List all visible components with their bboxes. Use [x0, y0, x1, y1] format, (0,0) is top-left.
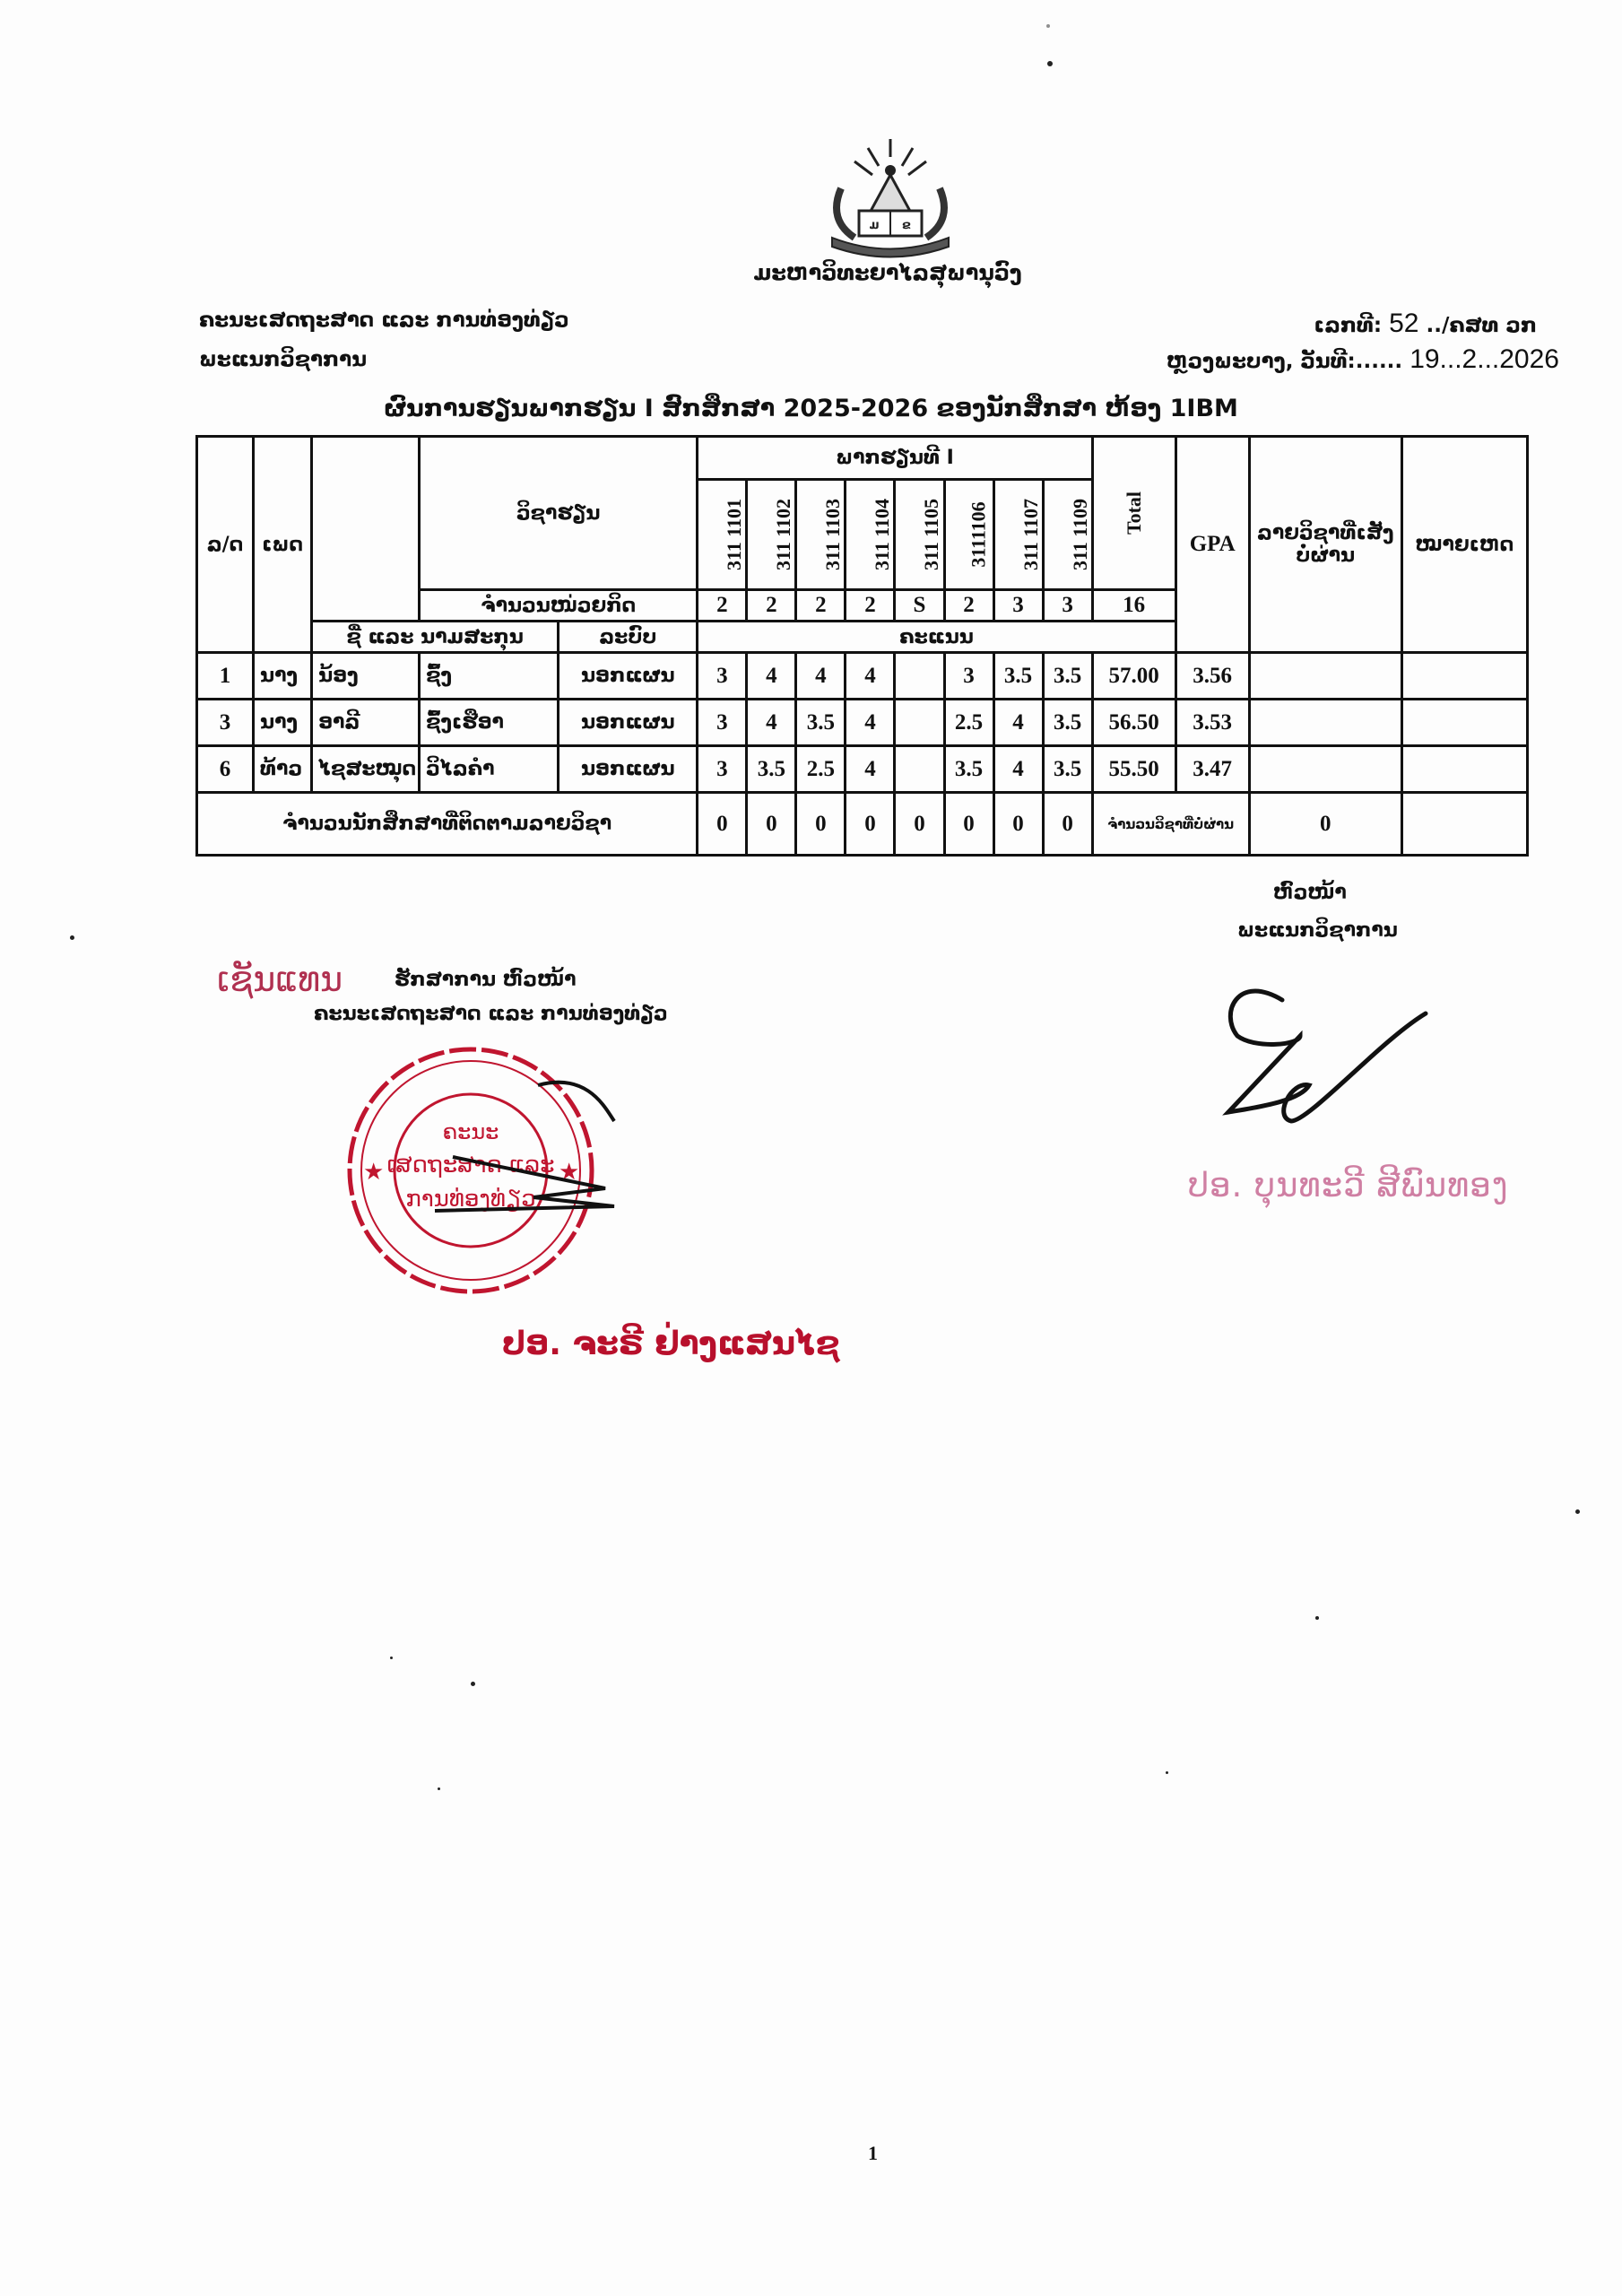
scan-dot	[1046, 24, 1050, 28]
score-cell: 4	[796, 653, 846, 700]
student-last-name: ຊົ້ງ	[420, 653, 559, 700]
score-cell: 2.5	[796, 746, 846, 793]
course-credit: 3	[1043, 590, 1092, 622]
failed-list-header: ລາຍວິຊາທີ່ເສັງບໍ່ຜ່ານ	[1249, 437, 1401, 653]
score-cell	[895, 746, 944, 793]
student-number: 6	[197, 746, 254, 793]
remark-header: ໝາຍເຫດ	[1401, 437, 1527, 653]
footer-label: ຈຳນວນນັກສຶກສາທີ່ຕິດຕາມລາຍວິຊາ	[197, 793, 698, 856]
student-gpa: 3.53	[1175, 700, 1249, 746]
course-code-header: 311 1103	[796, 480, 846, 590]
course-code-header: 311 1101	[698, 480, 747, 590]
table-row: 1ນາງນ້ອງຊົ້ງນອກແຜນ344433.53.557.003.56	[197, 653, 1528, 700]
scan-dot	[390, 1657, 393, 1659]
scan-dot	[471, 1682, 475, 1686]
scan-dot	[1575, 1509, 1580, 1514]
right-signer-name: ປອ. ບຸນທະວີ ສີພົນທອງ	[1188, 1166, 1509, 1205]
course-code-header: 311 1107	[993, 480, 1043, 590]
scan-dot	[70, 935, 74, 940]
student-failed-list	[1249, 746, 1401, 793]
student-program: ນອກແຜນ	[559, 700, 698, 746]
student-gender: ນາງ	[254, 700, 312, 746]
left-signer-title: ຮັກສາການ ຫົວໜ້າ	[395, 969, 577, 991]
document-date-label: ຫຼວງພະບາງ, ວັນທີ:......	[1167, 350, 1402, 373]
student-failed-list	[1249, 700, 1401, 746]
footer-count: 0	[944, 793, 993, 856]
gpa-header: GPA	[1175, 437, 1249, 653]
score-cell: 3.5	[796, 700, 846, 746]
score-cell: 4	[993, 746, 1043, 793]
total-header: Total	[1092, 437, 1175, 590]
student-gender: ທ້າວ	[254, 746, 312, 793]
score-cell: 4	[846, 700, 895, 746]
score-cell: 3	[698, 700, 747, 746]
faculty-name: ຄະນະເສດຖະສາດ ແລະ ການທ່ອງທ່ຽວ	[199, 309, 569, 332]
student-gpa: 3.56	[1175, 653, 1249, 700]
svg-text:ຄະນະ: ຄະນະ	[443, 1119, 499, 1144]
score-cell	[895, 653, 944, 700]
course-code-header: 311 1104	[846, 480, 895, 590]
footer-count: 0	[895, 793, 944, 856]
student-number: 3	[197, 700, 254, 746]
scan-dot	[1047, 61, 1053, 66]
score-cell	[895, 700, 944, 746]
document-date: ຫຼວງພະບາງ, ວັນທີ:...... 19...2...2026	[1167, 344, 1559, 375]
footer-count: 0	[1043, 793, 1092, 856]
program-header: ລະບົບ	[559, 622, 698, 653]
score-cell: 3.5	[993, 653, 1043, 700]
student-total: 55.50	[1092, 746, 1175, 793]
course-code-header: 311 1102	[747, 480, 796, 590]
student-first-name: ນ້ອງ	[312, 653, 420, 700]
document-number-label: ເລກທີ:	[1314, 314, 1382, 337]
table-row: 6ທ້າວໄຊສະໝຸດວິໄລຄຳນອກແຜນ33.52.543.543.55…	[197, 746, 1528, 793]
credits-label: ຈຳນວນໜ່ວຍກິດ	[420, 590, 698, 622]
left-signer-faculty: ຄະນະເສດຖະສາດ ແລະ ການທ່ອງທ່ຽວ	[314, 1003, 668, 1025]
university-emblem-icon: ມ ຂ	[805, 135, 976, 260]
score-cell: 4	[846, 746, 895, 793]
student-remark	[1401, 746, 1527, 793]
score-cell: 3	[944, 653, 993, 700]
right-signer-title: ຫົວໜ້າ	[1273, 882, 1347, 904]
col-no-header: ລ/ດ	[197, 437, 254, 653]
footer-count: 0	[698, 793, 747, 856]
footer-count: 0	[846, 793, 895, 856]
page-title: ຜົນການຮຽນພາກຮຽນ I ສົກສຶກສາ 2025-2026 ຂອງ…	[0, 395, 1622, 422]
footer-count: 0	[796, 793, 846, 856]
col-gender-header: ເພດ	[254, 437, 312, 653]
office-name: ພະແນກວິຊາການ	[199, 348, 367, 371]
subjects-header: ວິຊາຮຽນ	[420, 437, 698, 590]
sign-on-behalf-stamp: ເຊັນແທນ	[217, 960, 343, 999]
score-cell: 4	[747, 700, 796, 746]
student-first-name: ໄຊສະໝຸດ	[312, 746, 420, 793]
document-number: ເລກທີ: 52 ../ຄສທ ວກ	[1314, 309, 1537, 339]
student-number: 1	[197, 653, 254, 700]
student-program: ນອກແຜນ	[559, 653, 698, 700]
score-cell: 3.5	[747, 746, 796, 793]
course-credit: 2	[747, 590, 796, 622]
student-gender: ນາງ	[254, 653, 312, 700]
scan-dot	[438, 1787, 440, 1790]
official-seal-icon: ★ ★ ຄະນະ ເສດຖະສາດ ແລະ ການທ່ອງທ່ຽວ	[318, 1036, 641, 1305]
student-last-name: ວິໄລຄຳ	[420, 746, 559, 793]
scan-dot	[1315, 1616, 1319, 1620]
name-header: ຊື່ ແລະ ນາມສະກຸນ	[312, 622, 559, 653]
course-credit: 2	[796, 590, 846, 622]
student-total: 57.00	[1092, 653, 1175, 700]
svg-text:ມ: ມ	[870, 219, 880, 232]
student-failed-list	[1249, 653, 1401, 700]
score-header: ຄະແນນ	[698, 622, 1175, 653]
course-code-header: 3111106	[944, 480, 993, 590]
student-last-name: ຊົ້ງເຮືອາ	[420, 700, 559, 746]
student-gpa: 3.47	[1175, 746, 1249, 793]
score-cell: 3.5	[944, 746, 993, 793]
blank-header-cell	[312, 437, 420, 622]
score-cell: 3	[698, 653, 747, 700]
student-first-name: ອາລີ	[312, 700, 420, 746]
semester-header: ພາກຮຽນທີ I	[698, 437, 1092, 480]
score-cell: 3	[698, 746, 747, 793]
footer-count: 0	[747, 793, 796, 856]
footer-failed-label: ຈຳນວນວິຊາທີ່ບໍ່ຜ່ານ	[1092, 793, 1249, 856]
university-name: ມະຫາວິທະຍາໄລສຸພານຸວົງ	[753, 260, 1022, 285]
handwritten-signature-icon	[1201, 951, 1453, 1130]
credits-total: 16	[1092, 590, 1175, 622]
course-credit: 3	[993, 590, 1043, 622]
student-remark	[1401, 653, 1527, 700]
svg-text:ຂ: ຂ	[902, 219, 911, 232]
document-date-value: 19...2...2026	[1409, 344, 1559, 374]
right-signer-office: ພະແນກວິຊາການ	[1237, 919, 1398, 942]
course-code-header: 311 1109	[1043, 480, 1092, 590]
document-number-value: 52	[1389, 309, 1418, 338]
course-credit: S	[895, 590, 944, 622]
grades-table: ລ/ດ ເພດ ວິຊາຮຽນ ພາກຮຽນທີ I Total GPA ລາຍ…	[195, 435, 1529, 857]
footer-failed-value: 0	[1249, 793, 1401, 856]
score-cell: 2.5	[944, 700, 993, 746]
student-remark	[1401, 700, 1527, 746]
scan-dot	[1166, 1771, 1168, 1774]
table-row: 3ນາງອາລີຊົ້ງເຮືອານອກແຜນ343.542.543.556.5…	[197, 700, 1528, 746]
footer-remark	[1401, 793, 1527, 856]
left-signer-name: ປອ. ຈະຣີ ຢ່າງແສນໄຊ	[502, 1326, 840, 1362]
course-code-header: 311 1105	[895, 480, 944, 590]
document-number-suffix: ../ຄສທ ວກ	[1426, 314, 1537, 337]
course-credit: 2	[944, 590, 993, 622]
svg-text:★: ★	[363, 1159, 384, 1186]
score-cell: 3.5	[1043, 700, 1092, 746]
score-cell: 4	[846, 653, 895, 700]
course-credit: 2	[846, 590, 895, 622]
score-cell: 3.5	[1043, 653, 1092, 700]
footer-count: 0	[993, 793, 1043, 856]
course-credit: 2	[698, 590, 747, 622]
score-cell: 4	[993, 700, 1043, 746]
page-number: 1	[868, 2142, 878, 2165]
student-program: ນອກແຜນ	[559, 746, 698, 793]
score-cell: 4	[747, 653, 796, 700]
student-total: 56.50	[1092, 700, 1175, 746]
score-cell: 3.5	[1043, 746, 1092, 793]
